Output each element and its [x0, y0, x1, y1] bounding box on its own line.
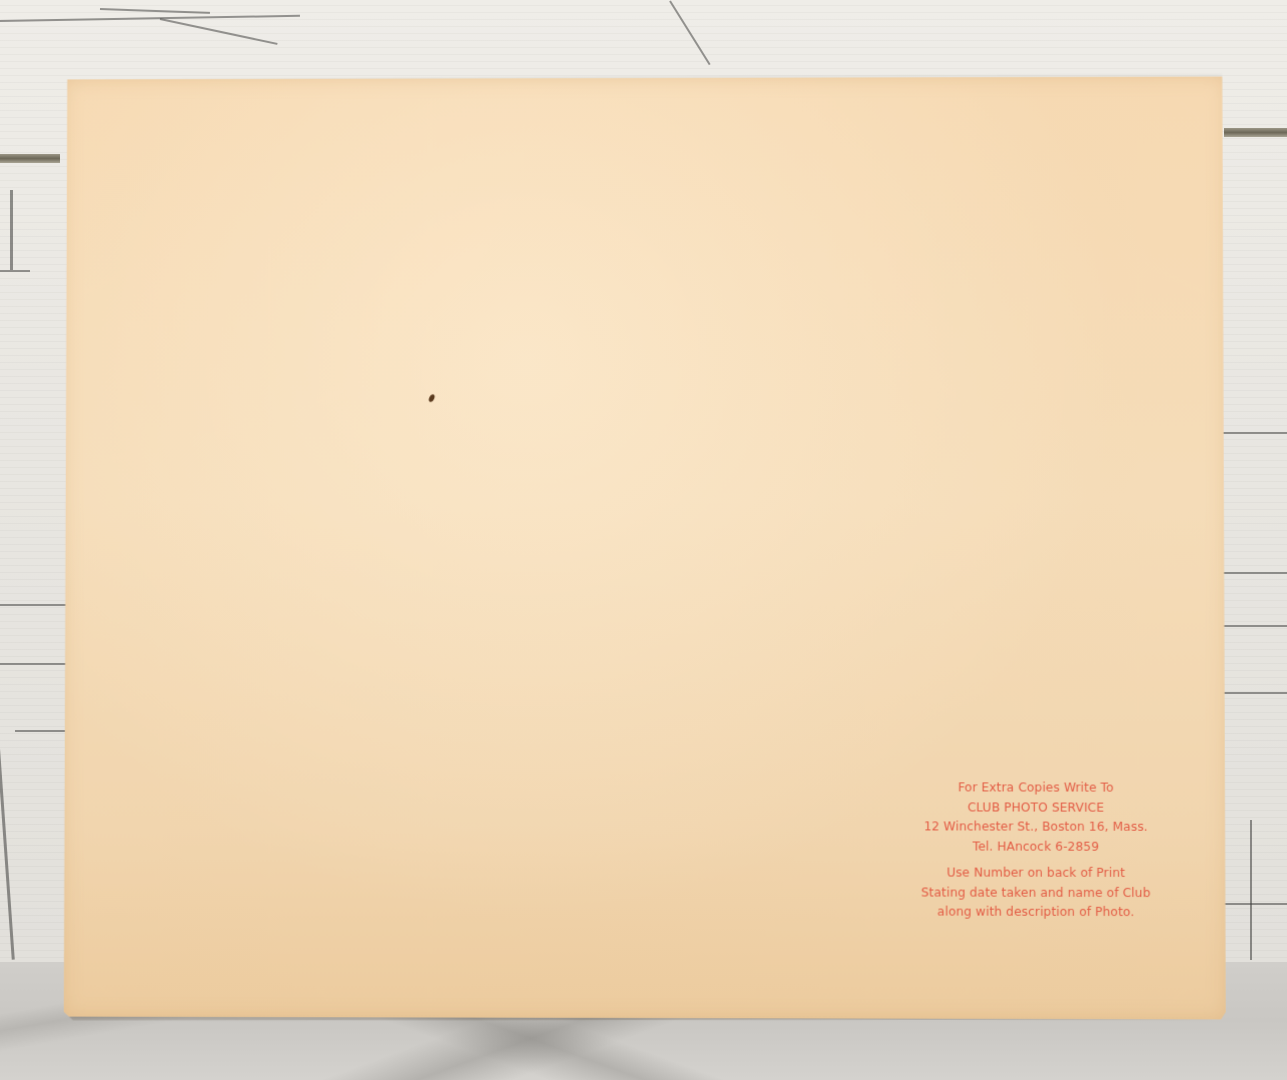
stain-spot: [428, 393, 436, 402]
stamp-line: For Extra Copies Write To: [890, 778, 1181, 798]
wood-crack: [100, 8, 210, 14]
wood-crack: [0, 680, 15, 960]
wood-crack: [160, 18, 278, 45]
stamp-line: Use Number on back of Print: [890, 863, 1181, 883]
stamp-line: CLUB PHOTO SERVICE: [890, 798, 1181, 818]
wood-crack: [1215, 432, 1287, 434]
stamp-line: 12 Winchester St., Boston 16, Mass.: [890, 817, 1181, 837]
stamp-line: Stating date taken and name of Club: [890, 883, 1181, 903]
wood-crack: [0, 15, 300, 22]
wood-crack: [0, 270, 30, 272]
photo-print-back: For Extra Copies Write To CLUB PHOTO SER…: [64, 77, 1226, 1020]
wood-crack: [1215, 625, 1287, 627]
club-photo-service-stamp: For Extra Copies Write To CLUB PHOTO SER…: [890, 778, 1181, 922]
wood-crack: [10, 190, 13, 270]
wood-crack: [1215, 692, 1287, 694]
stamp-line: Tel. HAncock 6-2859: [890, 837, 1181, 857]
wood-crack: [1215, 572, 1287, 574]
board-gap: [1224, 128, 1287, 137]
wood-crack: [1250, 820, 1252, 960]
wood-crack: [669, 0, 710, 65]
photo-scene: For Extra Copies Write To CLUB PHOTO SER…: [0, 0, 1287, 1080]
board-gap: [0, 154, 60, 163]
stamp-line: along with description of Photo.: [890, 902, 1181, 922]
